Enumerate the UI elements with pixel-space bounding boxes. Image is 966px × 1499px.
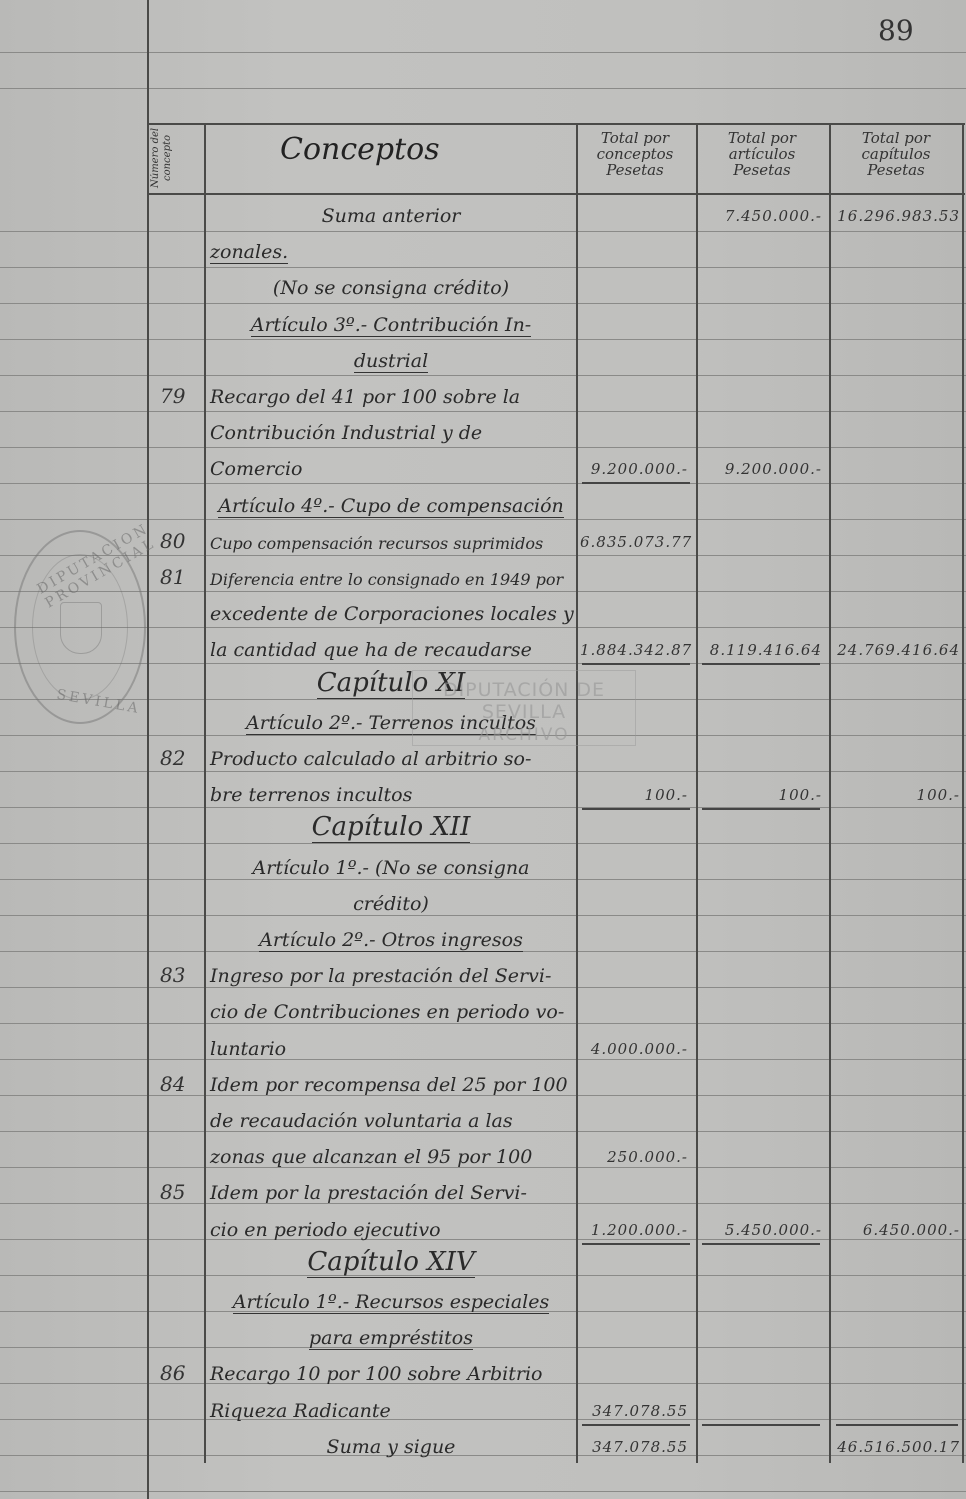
header-numero: Número del concepto: [150, 126, 204, 190]
concept-text: Idem por recompensa del 25 por 100: [210, 1074, 568, 1096]
concept-text: Riqueza Radicante: [210, 1400, 391, 1422]
concept-text-content: Suma y sigue: [327, 1436, 456, 1458]
table-row: de recaudación voluntaria a las: [0, 1100, 966, 1136]
concept-text: Artículo 4º.- Cupo de compensación: [210, 495, 572, 517]
table-row: (No se consigna crédito): [0, 267, 966, 303]
ruled-line: [0, 52, 966, 53]
table-row: 86Recargo 10 por 100 sobre Arbitrio: [0, 1353, 966, 1389]
table-row: Artículo 2º.- Otros ingresos: [0, 919, 966, 955]
table-row: Contribución Industrial y de: [0, 412, 966, 448]
header-line: Pesetas: [580, 162, 690, 178]
table-row: Artículo 1º.- (No se consigna: [0, 847, 966, 883]
concept-text-content: Recargo 10 por 100 sobre Arbitrio: [210, 1363, 542, 1385]
total-conceptos-value: 250.000.-: [580, 1148, 688, 1166]
concept-text-content: cio de Contribuciones en periodo vo-: [210, 1001, 564, 1023]
header-conceptos: Conceptos: [280, 132, 440, 167]
concept-text: Ingreso por la prestación del Servi-: [210, 965, 551, 987]
concept-number: 82: [160, 746, 200, 770]
concept-text: crédito): [210, 893, 572, 915]
concept-text: para empréstitos: [210, 1327, 572, 1349]
concept-text-content: Riqueza Radicante: [210, 1400, 391, 1422]
concept-number: 79: [160, 384, 200, 408]
table-row: Comercio9.200.000.-9.200.000.-: [0, 448, 966, 484]
concept-text-content: excedente de Corporaciones locales y: [210, 603, 574, 625]
header-line: conceptos: [580, 146, 690, 162]
table-row: 81Diferencia entre lo consignado en 1949…: [0, 557, 966, 593]
concept-text: Capítulo XIV: [210, 1247, 572, 1277]
concept-text: zonas que alcanzan el 95 por 100: [210, 1146, 532, 1168]
header-total-capitulos: Total por capítulos Pesetas: [834, 130, 958, 178]
header-line: capítulos: [834, 146, 958, 162]
concept-text-content: Artículo 3º.- Contribución In-: [251, 314, 531, 337]
concept-text-content: zonas que alcanzan el 95 por 100: [210, 1146, 532, 1168]
table-row: Artículo 3º.- Contribución In-: [0, 304, 966, 340]
header-line: Total por: [834, 130, 958, 146]
total-articulos-value: 7.450.000.-: [700, 207, 822, 225]
concept-text: cio en periodo ejecutivo: [210, 1219, 441, 1241]
concept-text-content: Ingreso por la prestación del Servi-: [210, 965, 551, 987]
table-row: Artículo 1º.- Recursos especiales: [0, 1281, 966, 1317]
concept-text: Comercio: [210, 458, 302, 480]
table-row: 79Recargo del 41 por 100 sobre la: [0, 376, 966, 412]
concept-text-content: crédito): [353, 893, 429, 915]
concept-text-content: cio en periodo ejecutivo: [210, 1219, 441, 1241]
concept-text-content: Producto calculado al arbitrio so-: [210, 748, 531, 770]
concept-text: la cantidad que ha de recaudarse: [210, 639, 532, 661]
total-capitulos-value: 6.450.000.-: [834, 1221, 960, 1239]
ruled-line: [0, 1491, 966, 1492]
concept-text: Recargo del 41 por 100 sobre la: [210, 386, 520, 408]
header-line: artículos: [702, 146, 822, 162]
total-articulos-value: 5.450.000.-: [700, 1221, 822, 1239]
table-row: Capítulo XII: [0, 810, 966, 846]
table-row: Suma y sigue347.078.5546.516.500.17: [0, 1426, 966, 1462]
concept-text: Recargo 10 por 100 sobre Arbitrio: [210, 1363, 542, 1385]
table-row: 83Ingreso por la prestación del Servi-: [0, 955, 966, 991]
table-row: Artículo 4º.- Cupo de compensación: [0, 485, 966, 521]
total-capitulos-value: 24.769.416.64: [834, 641, 960, 659]
table-row: 84Idem por recompensa del 25 por 100: [0, 1064, 966, 1100]
total-capitulos-value: 46.516.500.17: [834, 1438, 960, 1456]
total-conceptos-value: 100.-: [580, 786, 688, 804]
provincial-stamp: DIPUTACION PROVINCIAL SEVILLA: [14, 530, 146, 724]
header-line: Total por: [580, 130, 690, 146]
table-row: bre terrenos incultos100.-100.-100.-: [0, 774, 966, 810]
concept-text: Suma anterior: [210, 205, 572, 227]
concept-text-content: Comercio: [210, 458, 302, 480]
concept-number: 83: [160, 963, 200, 987]
concept-text: Contribución Industrial y de: [210, 422, 482, 444]
ruled-line: [0, 88, 966, 89]
concept-text-content: para empréstitos: [309, 1327, 473, 1350]
total-conceptos-value: 9.200.000.-: [580, 460, 688, 478]
table-row: cio en periodo ejecutivo1.200.000.-5.450…: [0, 1209, 966, 1245]
concept-text-content: Idem por recompensa del 25 por 100: [210, 1074, 568, 1096]
concept-text-content: Capítulo XIV: [307, 1247, 474, 1278]
concept-text-content: (No se consigna crédito): [273, 277, 509, 299]
concept-text: Idem por la prestación del Servi-: [210, 1182, 527, 1204]
total-articulos-value: 8.119.416.64: [700, 641, 822, 659]
total-articulos-value: 9.200.000.-: [700, 460, 822, 478]
concept-text-content: Cupo compensación recursos suprimidos: [210, 534, 543, 553]
concept-text: excedente de Corporaciones locales y: [210, 603, 574, 625]
concept-text-content: Diferencia entre lo consignado en 1949 p…: [210, 570, 563, 589]
concept-text: cio de Contribuciones en periodo vo-: [210, 1001, 564, 1023]
table-row: luntario4.000.000.-: [0, 1028, 966, 1064]
total-conceptos-value: 347.078.55: [580, 1402, 688, 1420]
table-row: Suma anterior7.450.000.-16.296.983.53: [0, 195, 966, 231]
table-row: cio de Contribuciones en periodo vo-: [0, 991, 966, 1027]
total-conceptos-value: 1.884.342.87: [580, 641, 688, 659]
concept-text-content: Artículo 1º.- (No se consigna: [253, 857, 530, 879]
total-capitulos-value: 16.296.983.53: [834, 207, 960, 225]
concept-number: 86: [160, 1361, 200, 1385]
concept-text: (No se consigna crédito): [210, 277, 572, 299]
concept-text: Artículo 1º.- (No se consigna: [210, 857, 572, 879]
header-line: Total por: [702, 130, 822, 146]
concept-text-content: bre terrenos incultos: [210, 784, 412, 806]
ledger-page: 89 Número del concepto Conceptos Total p…: [0, 0, 966, 1499]
concept-text: Artículo 3º.- Contribución In-: [210, 314, 572, 336]
concept-text-content: Recargo del 41 por 100 sobre la: [210, 386, 520, 408]
concept-number: 81: [160, 565, 200, 589]
header-line: Pesetas: [834, 162, 958, 178]
concept-text-content: Idem por la prestación del Servi-: [210, 1182, 527, 1204]
concept-text-content: zonales.: [210, 241, 288, 264]
archive-watermark: DIPUTACIÓN DE SEVILLA ARCHIVO: [412, 670, 636, 746]
concept-text-content: Capítulo XII: [312, 812, 471, 843]
total-conceptos-value: 6.835.073.77: [580, 533, 688, 551]
concept-text: bre terrenos incultos: [210, 784, 412, 806]
table-row: Capítulo XIV: [0, 1245, 966, 1281]
concept-text-content: Artículo 4º.- Cupo de compensación: [218, 495, 564, 518]
header-line: Pesetas: [702, 162, 822, 178]
concept-text-content: dustrial: [354, 350, 428, 373]
total-conceptos-value: 4.000.000.-: [580, 1040, 688, 1058]
concept-text-content: la cantidad que ha de recaudarse: [210, 639, 532, 661]
concept-text: luntario: [210, 1038, 286, 1060]
concept-text-content: Contribución Industrial y de: [210, 422, 482, 444]
header-top-rule: [147, 123, 965, 125]
concept-text-content: luntario: [210, 1038, 286, 1060]
concept-text: zonales.: [210, 241, 288, 263]
total-articulos-value: 100.-: [700, 786, 822, 804]
watermark-line2: ARCHIVO: [413, 725, 635, 745]
table-row: crédito): [0, 883, 966, 919]
concept-text: Capítulo XII: [210, 812, 572, 842]
header-total-articulos: Total por artículos Pesetas: [702, 130, 822, 178]
concept-text-content: Suma anterior: [322, 205, 461, 227]
total-conceptos-value: 347.078.55: [580, 1438, 688, 1456]
concept-text-content: Artículo 1º.- Recursos especiales: [233, 1291, 549, 1314]
concept-number: 85: [160, 1180, 200, 1204]
table-row: zonales.: [0, 231, 966, 267]
watermark-line1: DIPUTACIÓN DE SEVILLA: [413, 679, 635, 723]
table-row: dustrial: [0, 340, 966, 376]
header-total-conceptos: Total por conceptos Pesetas: [580, 130, 690, 178]
total-conceptos-value: 1.200.000.-: [580, 1221, 688, 1239]
coat-of-arms-icon: [60, 602, 102, 654]
concept-text: Diferencia entre lo consignado en 1949 p…: [210, 570, 563, 589]
total-capitulos-value: 100.-: [834, 786, 960, 804]
table-row: Riqueza Radicante347.078.55: [0, 1390, 966, 1426]
concept-text-content: de recaudación voluntaria a las: [210, 1110, 513, 1132]
table-row: 85Idem por la prestación del Servi-: [0, 1172, 966, 1208]
concept-number: 84: [160, 1072, 200, 1096]
concept-text: de recaudación voluntaria a las: [210, 1110, 513, 1132]
concept-text: Artículo 2º.- Otros ingresos: [210, 929, 572, 951]
table-row: para empréstitos: [0, 1317, 966, 1353]
concept-text: Suma y sigue: [210, 1436, 572, 1458]
page-number: 89: [878, 14, 914, 47]
concept-text: Cupo compensación recursos suprimidos: [210, 534, 543, 553]
concept-text-content: Artículo 2º.- Otros ingresos: [259, 929, 523, 952]
table-row: zonas que alcanzan el 95 por 100250.000.…: [0, 1136, 966, 1172]
concept-number: 80: [160, 529, 200, 553]
concept-text: dustrial: [210, 350, 572, 372]
concept-text: Producto calculado al arbitrio so-: [210, 748, 531, 770]
concept-text: Artículo 1º.- Recursos especiales: [210, 1291, 572, 1313]
